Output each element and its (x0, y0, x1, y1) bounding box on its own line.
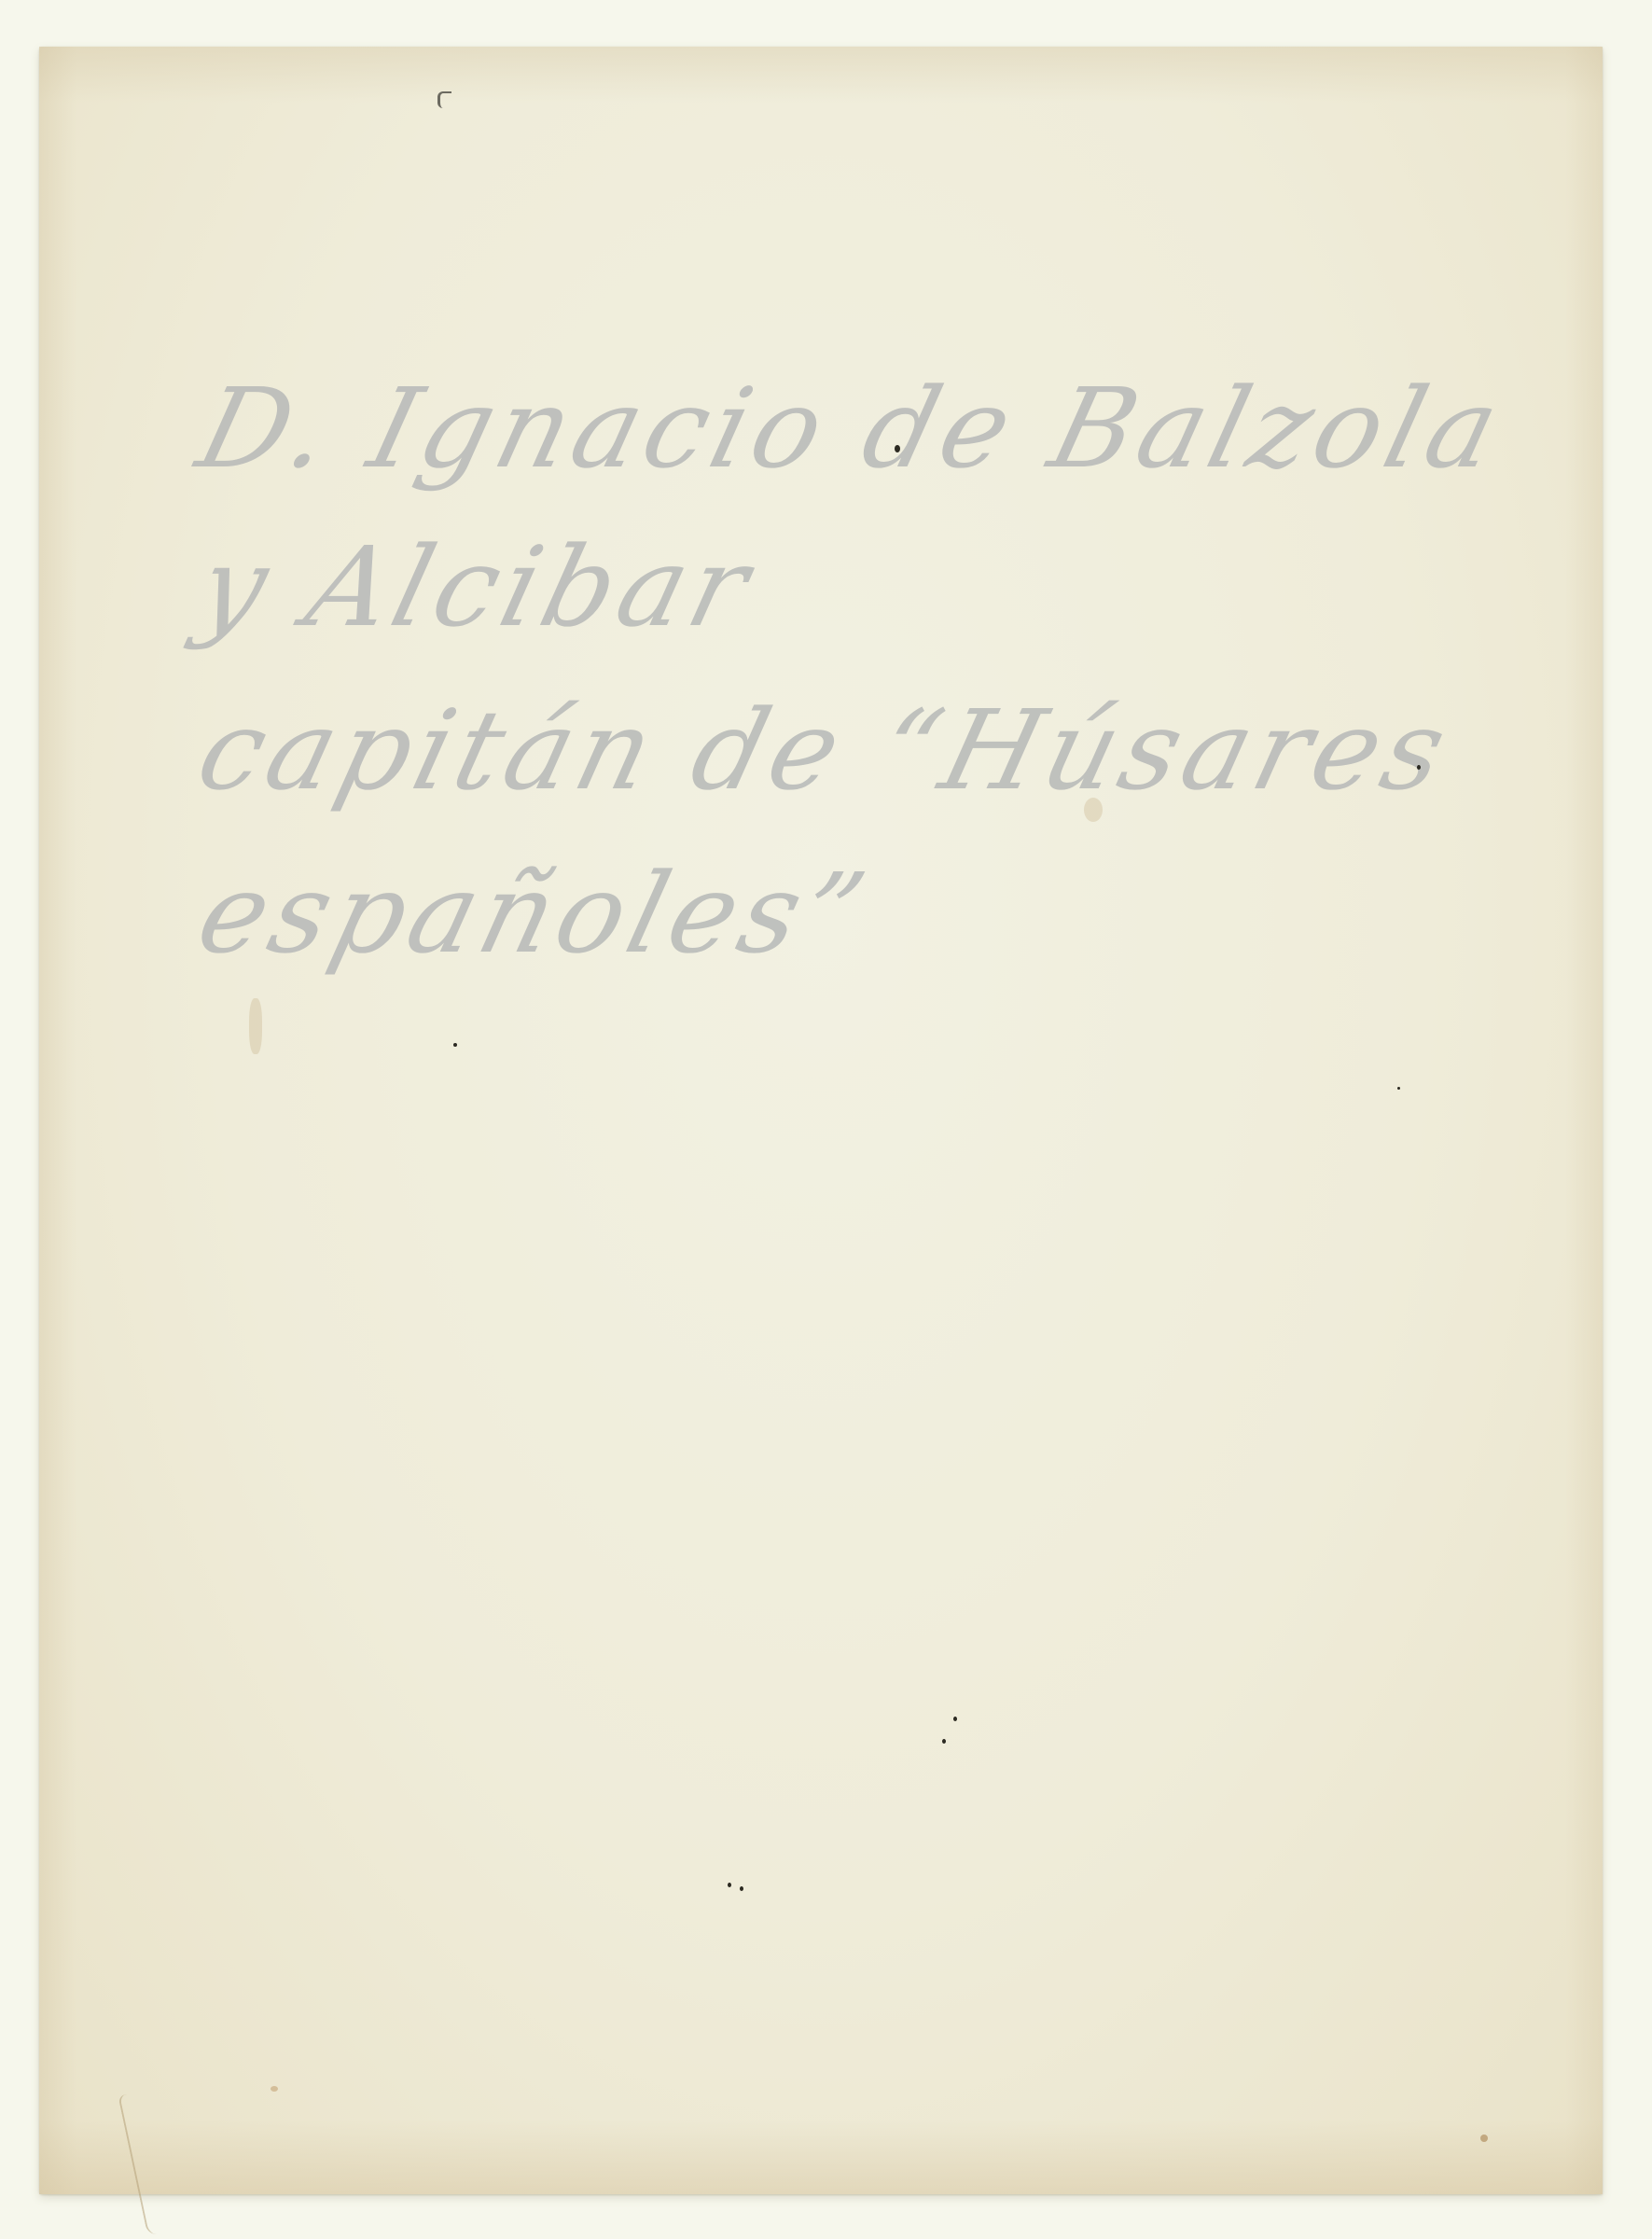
foxing-stain (1480, 2135, 1488, 2142)
paper-crease (118, 2094, 196, 2234)
corner-tear-mark (437, 91, 451, 108)
speck (953, 1717, 957, 1721)
inscription-line-4: españoles” (187, 849, 882, 978)
foxing-stain (1084, 798, 1103, 822)
paper-sheet: D. Ignacio de Balzola y Alcibar capitán … (39, 47, 1603, 2194)
speck (895, 445, 900, 452)
foxing-stain (271, 2086, 278, 2092)
speck (942, 1739, 946, 1744)
speck (728, 1883, 731, 1887)
foxing-stain (249, 998, 262, 1054)
inscription-line-1: D. Ignacio de Balzola (187, 364, 1517, 493)
inscription-line-3: capitán de “Húsares (187, 686, 1464, 814)
speck (740, 1886, 743, 1891)
speck (1397, 1087, 1400, 1090)
inscription-line-2: y Alcibar (187, 522, 767, 651)
speck (453, 1043, 457, 1047)
speck (1417, 765, 1421, 770)
